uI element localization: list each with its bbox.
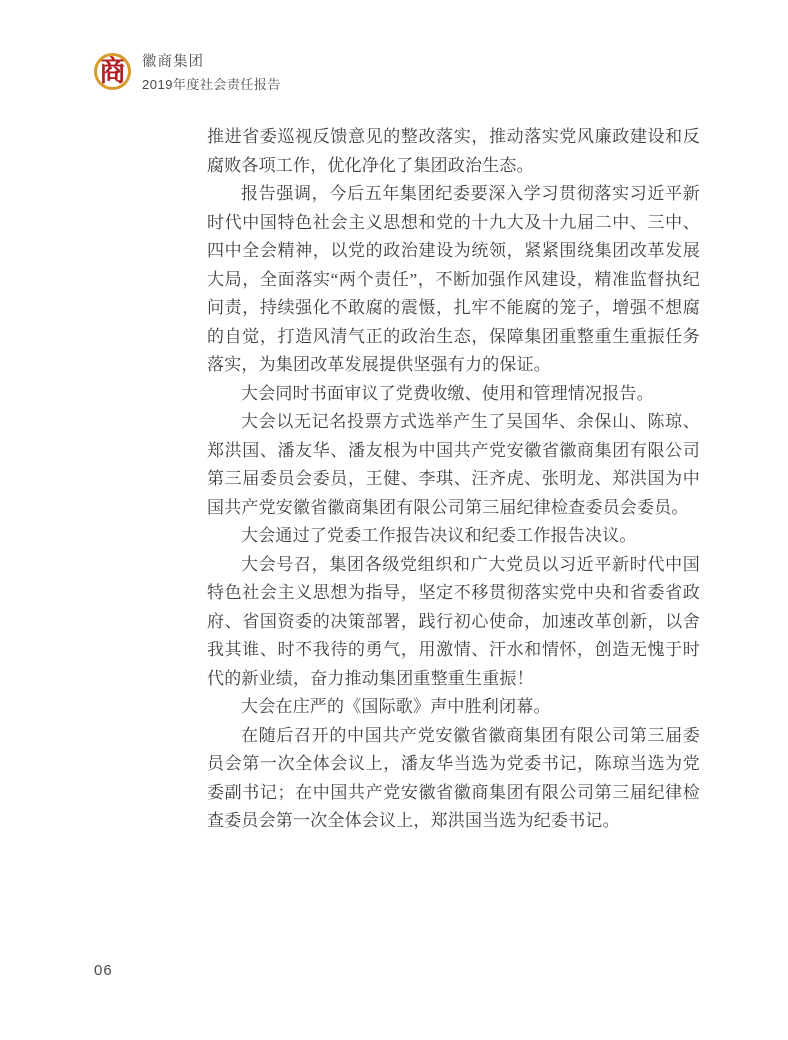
- paragraph: 大会同时书面审议了党费收缴、使用和管理情况报告。: [207, 380, 700, 409]
- paragraph: 大会通过了党委工作报告决议和纪委工作报告决议。: [207, 522, 700, 551]
- company-name: 徽商集团: [142, 50, 281, 71]
- paragraph-continuation: 推进省委巡视反馈意见的整改落实，推动落实党风廉政建设和反腐败各项工作，优化净化了…: [207, 123, 700, 180]
- paragraph: 报告强调，今后五年集团纪委要深入学习贯彻落实习近平新时代中国特色社会主义思想和党…: [207, 180, 700, 380]
- report-title: 2019年度社会责任报告: [142, 74, 281, 93]
- body-text: 推进省委巡视反馈意见的整改落实，推动落实党风廉政建设和反腐败各项工作，优化净化了…: [207, 123, 700, 836]
- paragraph: 大会号召，集团各级党组织和广大党员以习近平新时代中国特色社会主义思想为指导，坚定…: [207, 551, 700, 694]
- huishang-logo-icon: 商: [94, 53, 131, 90]
- header-text: 徽商集团 2019年度社会责任报告: [142, 50, 281, 93]
- paragraph: 在随后召开的中国共产党安徽省徽商集团有限公司第三届委员会第一次全体会议上，潘友华…: [207, 722, 700, 836]
- logo-glyph: 商: [99, 57, 126, 85]
- page-number: 06: [94, 962, 113, 979]
- page-header: 商 徽商集团 2019年度社会责任报告: [94, 50, 281, 93]
- paragraph: 大会以无记名投票方式选举产生了吴国华、余保山、陈琼、郑洪国、潘友华、潘友根为中国…: [207, 408, 700, 522]
- report-page: 商 徽商集团 2019年度社会责任报告 推进省委巡视反馈意见的整改落实，推动落实…: [0, 0, 788, 1040]
- paragraph: 大会在庄严的《国际歌》声中胜利闭幕。: [207, 693, 700, 722]
